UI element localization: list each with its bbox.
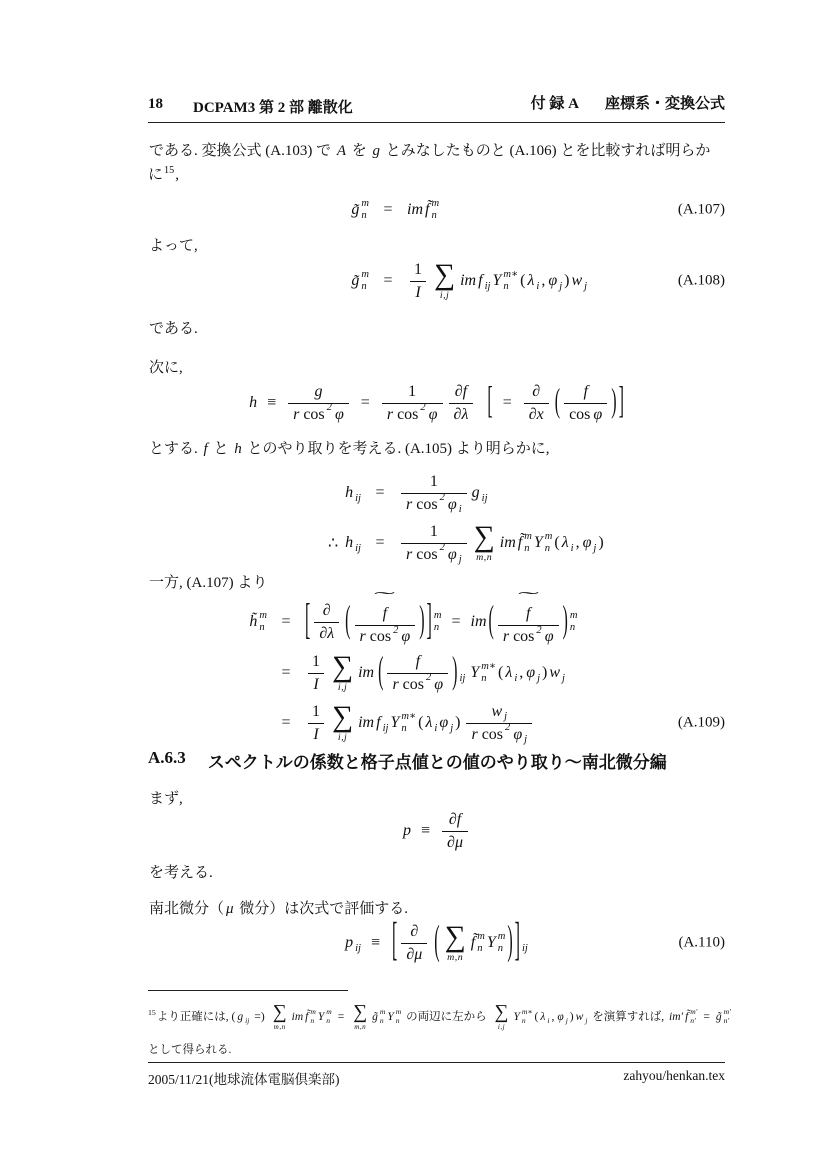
math-fraction: frcos2φ	[355, 603, 416, 648]
sum-limits: m,n	[354, 1024, 366, 1031]
subscript: j	[504, 711, 507, 723]
math-var: h	[344, 484, 354, 502]
math-numerator: ∂	[405, 921, 423, 943]
math-sum: ∑m,n	[273, 1003, 287, 1031]
math-operator: =	[451, 613, 460, 631]
math-sum: ∑i,j	[332, 653, 353, 694]
math-delimiter: (	[555, 384, 560, 422]
math-var: p	[402, 822, 412, 840]
math-text: cos	[568, 405, 591, 425]
equation-tag: (A.108)	[678, 273, 725, 290]
math-script: ij	[245, 1017, 249, 1026]
math-text: =	[702, 1011, 711, 1023]
math-operator: ≡	[371, 934, 380, 952]
subscript: n	[522, 1017, 533, 1026]
math-numerator: 1	[403, 381, 421, 403]
math-widetilde: ˜frcos2φ	[495, 596, 562, 648]
math-script: mn	[431, 198, 439, 222]
math-denominator: I	[308, 723, 323, 746]
math-denominator: I	[308, 673, 323, 696]
math-var: φ	[447, 545, 458, 565]
math-script: j	[585, 1017, 587, 1026]
equation-relation: =	[268, 714, 304, 732]
subscript: n	[503, 281, 518, 293]
subscript: n	[396, 1017, 401, 1026]
superscript: m	[477, 931, 485, 943]
math-script: mn	[477, 931, 485, 955]
tilde-accent-icon: ˜	[518, 596, 539, 603]
math-delimiter: (	[378, 651, 383, 694]
math-var: ∂x	[528, 405, 545, 425]
math-script: ij	[355, 493, 361, 505]
math-var: φ	[544, 627, 555, 647]
math-denominator: rcos2φi	[401, 493, 467, 516]
math-fraction: 1rcos2φj	[401, 521, 467, 566]
subscript: n	[310, 1017, 315, 1026]
math-var: ∂	[531, 382, 541, 402]
footnote-mark: 15	[148, 1008, 156, 1017]
math-var: ∂	[322, 601, 332, 621]
subscript: n	[477, 943, 485, 955]
math-delimiter: )	[563, 600, 568, 643]
math-var: λ	[526, 272, 535, 290]
math-var: w	[570, 272, 583, 290]
eq-a108: g̃mn=1I∑i,jimfijYm∗n(λi,φj)wj(A.108)	[148, 256, 725, 306]
math-script: j	[562, 673, 565, 685]
math-widetilde: ˜frcos2φ	[352, 596, 419, 648]
subscript: n	[401, 723, 416, 735]
math-var: φ	[438, 714, 449, 732]
math-var: g̃	[350, 201, 360, 219]
eq-h-def: h≡grcos2φ=1rcos2φ∂f∂λ[=∂∂x(fcosφ)]	[148, 378, 725, 428]
math-var: ∂λ	[453, 405, 470, 425]
math-text: =	[280, 613, 291, 631]
math-numerator: 1	[409, 259, 427, 281]
math-var: im	[459, 272, 477, 290]
math-script: ij	[482, 493, 488, 505]
math-script: i	[514, 673, 517, 685]
math-script: j	[537, 673, 540, 685]
equation-rhs: [∂∂λ(˜frcos2φ)]mn=im(˜frcos2φ)mn	[304, 596, 579, 648]
equation-row: h̃mn=[∂∂λ(˜frcos2φ)]mn=im(˜frcos2φ)mn	[228, 596, 725, 648]
math-numerator: 1	[307, 651, 325, 673]
subscript: i	[547, 1017, 549, 1026]
equation-row: =1I∑i,jim(frcos2φ)ijYm∗n(λi,φj)wj	[228, 648, 725, 698]
superscript: m	[361, 198, 369, 210]
footer-rule	[148, 1062, 725, 1063]
math-text: (	[553, 534, 560, 552]
math-script: 2	[536, 625, 541, 637]
math-var: f	[477, 272, 483, 290]
subscript: i	[459, 504, 462, 516]
math-text: 1	[311, 652, 321, 672]
math-denominator: cosφ	[564, 403, 607, 426]
math-text: より正確には, (	[156, 1011, 237, 1023]
math-var: φ	[400, 627, 411, 647]
subscript: j	[584, 281, 587, 293]
math-fraction: frcos2φ	[387, 651, 448, 696]
math-script: j	[459, 554, 462, 566]
math-var: im	[291, 1011, 305, 1023]
math-text: =	[374, 534, 385, 552]
math-var: g	[372, 143, 382, 159]
subscript: i	[434, 723, 437, 735]
equation-rhs: imf̃mn	[406, 198, 440, 222]
math-var: Y	[512, 1011, 520, 1023]
subscript: ij	[355, 543, 361, 555]
math-text: cos	[512, 627, 535, 647]
math-script: 2	[420, 403, 425, 415]
math-script: i	[547, 1017, 549, 1026]
subscript: n	[431, 210, 439, 222]
math-script: 2	[505, 723, 510, 735]
subscript: j	[559, 281, 562, 293]
math-var: r	[292, 405, 300, 425]
math-text: ,	[550, 1011, 555, 1023]
math-text: (	[519, 272, 526, 290]
math-text: cos	[302, 405, 325, 425]
math-sum: ∑m,n	[353, 1003, 367, 1031]
math-script: m∗n	[401, 711, 416, 735]
math-text: 南北微分（	[148, 901, 225, 917]
math-fraction: ∂∂μ	[401, 921, 427, 966]
math-denominator: ∂x	[524, 403, 549, 426]
math-var: g̃	[350, 272, 360, 290]
math-var: ∂f	[454, 382, 468, 402]
math-text: =	[280, 664, 291, 682]
math-var: μ	[225, 901, 235, 917]
para-4: 次に,	[148, 357, 725, 380]
sum-symbol: ∑	[434, 261, 455, 291]
superscript: m∗	[401, 711, 416, 723]
footnote-rule	[148, 990, 348, 991]
math-sum: ∑i,j	[332, 703, 353, 744]
math-delimiter: ]	[515, 917, 520, 969]
subscript: n	[498, 943, 506, 955]
math-text: )	[563, 272, 570, 290]
math-numerator: ∂	[527, 381, 545, 403]
eq-a109: h̃mn=[∂∂λ(˜frcos2φ)]mn=im(˜frcos2φ)mn=1I…	[148, 596, 725, 748]
math-var: g̃	[371, 1011, 379, 1023]
subscript: ij	[245, 1017, 249, 1026]
math-var: Y	[386, 1011, 394, 1023]
math-var: w	[575, 1011, 585, 1023]
math-text: cos	[415, 495, 438, 515]
math-denominator: I	[410, 281, 425, 304]
math-fraction: 1I	[307, 701, 325, 746]
superscript: m	[524, 531, 532, 543]
equation-relation: =	[370, 272, 406, 290]
math-var: g̃	[715, 1011, 723, 1023]
math-var: ∂μ	[446, 833, 464, 853]
superscript: 2	[505, 723, 510, 735]
math-sum: ∑m,n	[445, 923, 466, 964]
math-script: ij	[485, 281, 491, 293]
math-script: mn	[310, 1008, 315, 1025]
math-fraction: 1I	[307, 651, 325, 696]
subscript: n	[259, 622, 267, 634]
equation-rhs: 1I∑i,jim(frcos2φ)ijYm∗n(λi,φj)wj	[304, 651, 566, 696]
subscript: ij	[355, 493, 361, 505]
math-script: mn	[545, 531, 553, 555]
sum-symbol: ∑	[273, 1003, 287, 1023]
footnote: 15より正確には, (gij=)∑m,nimf̃mnYmn=∑m,ng̃mnYm…	[148, 996, 733, 1067]
math-var: φ	[334, 405, 345, 425]
heading-a63: A.6.3スペクトルの係数と格子点値との値のやり取り〜南北微分編	[148, 748, 725, 773]
content-column: である. 変換公式 (A.103) で A を g とみなしたものと (A.10…	[148, 0, 725, 1169]
math-var: λ	[561, 534, 570, 552]
math-var: im	[499, 534, 517, 552]
equation-content: h≡grcos2φ=1rcos2φ∂f∂λ[=∂∂x(fcosφ)]	[248, 381, 625, 426]
para-1: である. 変換公式 (A.103) で A を g とみなしたものと (A.10…	[148, 140, 725, 188]
math-script: mn	[498, 931, 506, 955]
tilde-accent-icon: ˜	[374, 596, 395, 603]
math-text: (	[497, 664, 504, 682]
math-script: ij	[355, 943, 361, 955]
math-numerator: f	[378, 603, 392, 625]
sum-symbol: ∑	[332, 703, 353, 733]
math-denominator: rcos2φ	[387, 673, 448, 696]
math-var: h	[248, 394, 258, 412]
math-operator: ≡	[267, 394, 276, 412]
math-fraction: 1rcos2φ	[382, 381, 443, 426]
math-var: w	[548, 664, 561, 682]
math-var: I	[414, 283, 421, 303]
math-var: Y	[389, 714, 400, 732]
equation-rhs: 1rcos2φigij	[398, 471, 489, 516]
math-var: r	[405, 495, 413, 515]
math-text: (	[417, 714, 424, 732]
math-operator: =	[361, 394, 370, 412]
math-script: j	[450, 723, 453, 735]
math-script: mn	[326, 1008, 331, 1025]
superscript: m	[545, 531, 553, 543]
math-text: 1	[311, 702, 321, 722]
math-fraction: 1I	[409, 259, 427, 304]
math-denominator: rcos2φj	[401, 543, 467, 566]
equation-tag: (A.110)	[678, 935, 725, 952]
subscript: j	[459, 554, 462, 566]
math-var: im	[357, 714, 375, 732]
sum-limits: i,j	[440, 291, 449, 301]
superscript: m	[431, 198, 439, 210]
math-script: j	[504, 711, 507, 723]
math-var: φ	[592, 405, 603, 425]
math-var: r	[359, 627, 367, 647]
math-script: mn	[361, 269, 369, 293]
math-delimiter: ]	[619, 381, 624, 424]
equation-rhs: 1I∑i,jimfijYm∗n(λiφj)wjrcos2φj	[304, 701, 535, 746]
math-delimiter: [	[305, 598, 310, 647]
math-text: と	[209, 441, 234, 457]
math-denominator: ∂μ	[401, 943, 427, 966]
sum-symbol: ∑	[353, 1003, 367, 1023]
math-text: 微分）は次式で評価する.	[235, 901, 410, 917]
math-text: cos	[396, 405, 419, 425]
equation-rhs: 1rcos2φj∑m,nimf̃mnYmn(λi,φj)	[398, 521, 605, 566]
math-var: f̃	[517, 534, 523, 552]
equation-tag: (A.107)	[678, 202, 725, 219]
equation-relation: =	[268, 613, 304, 631]
math-var: h	[233, 441, 243, 457]
superscript: 2	[420, 403, 425, 415]
math-operator: ≡	[421, 822, 430, 840]
equation-row: g̃mn=imf̃mn(A.107)	[326, 192, 725, 228]
math-var: φ	[525, 664, 536, 682]
math-fraction: 1rcos2φi	[401, 471, 467, 516]
math-var: Y	[486, 934, 497, 952]
equation-row: g̃mn=1I∑i,jimfijYm∗n(λi,φj)wj(A.108)	[326, 256, 725, 306]
subscript: j	[524, 734, 527, 746]
math-var: Y	[491, 272, 502, 290]
equation-lhs: g̃mn	[326, 198, 370, 222]
math-text: とする.	[148, 441, 203, 457]
subscript: i	[536, 281, 539, 293]
math-text: )	[597, 534, 604, 552]
math-var: ∂f	[448, 810, 462, 830]
math-text: cos	[402, 675, 425, 695]
math-var: im	[470, 613, 488, 631]
math-var: r	[502, 627, 510, 647]
math-delimiter: )	[419, 600, 424, 643]
math-var: r	[391, 675, 399, 695]
math-script: j	[559, 281, 562, 293]
math-var: r	[386, 405, 394, 425]
subscript: n	[434, 622, 442, 634]
subscript: i	[571, 543, 574, 555]
subscript: ij	[485, 281, 491, 293]
subscript: n′	[690, 1017, 697, 1026]
math-text: とのやり取りを考える. (A.105) より明らかに,	[243, 441, 551, 457]
para-2: よって,	[148, 235, 725, 258]
math-script: m∗n	[503, 269, 518, 293]
math-denominator: ∂λ	[449, 403, 474, 426]
math-var: im′	[668, 1011, 684, 1023]
math-fraction: fcosφ	[564, 381, 607, 426]
math-text: =	[382, 272, 393, 290]
subscript: n	[326, 1017, 331, 1026]
footnote-mark: 15	[164, 165, 174, 176]
para-6: 一方, (A.107) より	[148, 572, 725, 595]
subscript: j	[585, 1017, 587, 1026]
math-var: r	[405, 545, 413, 565]
para-5: とする. f と h とのやり取りを考える. (A.105) より明らかに,	[148, 438, 725, 461]
subscript: j	[566, 1017, 568, 1026]
equation-content: pij≡[∂∂μ(∑m,nf̃mnYmn)]ij	[344, 921, 529, 966]
equation-lhs: h̃mn	[228, 610, 268, 634]
math-text: =)	[253, 1011, 265, 1023]
subscript: j	[593, 543, 596, 555]
math-script: j	[566, 1017, 568, 1026]
math-var: λ	[504, 664, 513, 682]
math-var: h	[344, 534, 354, 552]
math-var: r	[470, 725, 478, 745]
math-script: i	[459, 504, 462, 516]
eq-a110: pij≡[∂∂μ(∑m,nf̃mnYmn)]ij(A.110)	[148, 918, 725, 968]
math-var: f	[415, 652, 421, 672]
math-text: を考える.	[148, 865, 214, 881]
math-delimiter: [	[392, 917, 397, 969]
document-page: { "header":{ "page_number":"18", "left_t…	[0, 0, 826, 1169]
superscript: 2	[327, 403, 332, 415]
math-script: ij	[355, 543, 361, 555]
math-numerator: f	[578, 381, 592, 403]
math-var: f	[525, 604, 531, 624]
math-numerator: ∂f	[444, 809, 466, 831]
equation-relation: =	[362, 484, 398, 502]
sum-symbol: ∑	[332, 653, 353, 683]
subscript: n	[361, 210, 369, 222]
math-script: mn	[396, 1008, 401, 1025]
math-text: の両辺に左から	[402, 1011, 490, 1023]
subscript: ij	[355, 943, 361, 955]
math-text: を	[347, 143, 372, 159]
math-script: mn	[570, 610, 578, 634]
math-script: m′n′	[724, 1008, 731, 1025]
math-widetilde-content: frcos2φ	[352, 603, 419, 648]
equation-lhs: ∴hij	[296, 533, 362, 553]
math-fraction: ∂∂x	[524, 381, 549, 426]
math-numerator: f	[411, 651, 425, 673]
math-script: mn	[380, 1008, 385, 1025]
math-text: 1	[407, 382, 417, 402]
math-script: 2	[440, 543, 445, 555]
superscript: 2	[440, 543, 445, 555]
math-numerator: wj	[486, 701, 512, 723]
math-delimiter: (	[489, 600, 494, 643]
math-var: Y	[533, 534, 544, 552]
math-var: φ	[547, 272, 558, 290]
subscript: n	[361, 281, 369, 293]
subscript: j	[562, 673, 565, 685]
math-numerator: 1	[307, 701, 325, 723]
math-delimiter: (	[345, 600, 350, 643]
subscript: ij	[522, 943, 528, 955]
superscript: m∗	[481, 661, 496, 673]
math-var: h̃	[248, 613, 258, 631]
footer-filename: zahyou/henkan.tex	[623, 1068, 725, 1088]
math-var: λ	[539, 1011, 546, 1023]
sum-limits: m,n	[476, 553, 492, 563]
math-text: )	[454, 714, 461, 732]
math-script: m∗n	[481, 661, 496, 685]
equation-lhs: hij	[296, 484, 362, 502]
math-script: mn	[361, 198, 369, 222]
math-script: mn	[524, 531, 532, 555]
math-text: ,	[540, 272, 546, 290]
math-text: まず,	[148, 791, 184, 807]
subscript: n	[570, 622, 578, 634]
math-script: ij	[383, 723, 389, 735]
equation-row: =1I∑i,jimfijYm∗n(λiφj)wjrcos2φj(A.109)	[228, 698, 725, 748]
math-var: I	[312, 675, 319, 695]
sum-symbol: ∑	[474, 523, 495, 553]
math-var: φ	[556, 1011, 564, 1023]
superscript: m	[361, 269, 369, 281]
section-title: スペクトルの係数と格子点値との値のやり取り〜南北微分編	[208, 748, 667, 773]
math-text: cos	[415, 545, 438, 565]
math-var: ∂	[409, 922, 419, 942]
math-sum: ∑i,j	[495, 1003, 509, 1031]
math-var: φ	[447, 495, 458, 515]
para-8: を考える.	[148, 862, 725, 885]
math-var: f	[203, 441, 209, 457]
math-numerator: f	[521, 603, 535, 625]
math-sum: ∑i,j	[434, 261, 455, 302]
math-delimiter: (	[434, 920, 439, 967]
equation-relation: =	[370, 201, 406, 219]
math-numerator: 1	[425, 521, 443, 543]
